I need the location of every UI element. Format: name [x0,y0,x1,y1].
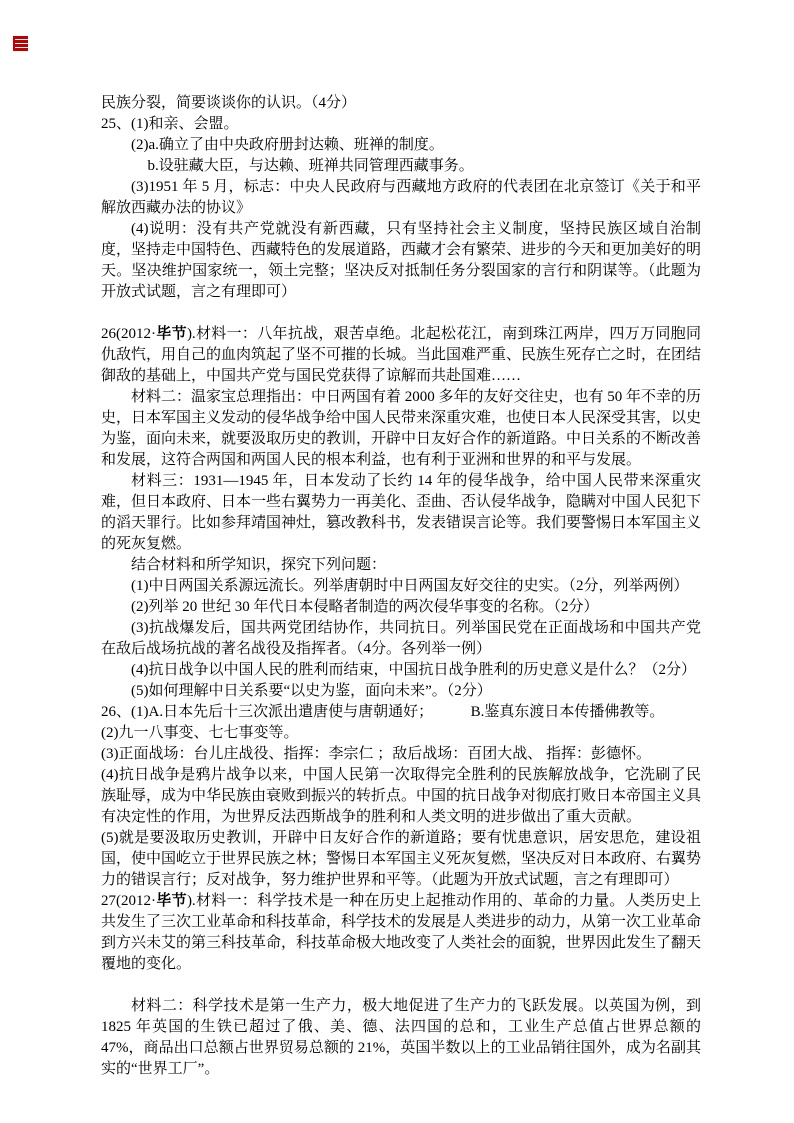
paragraph: (3)抗战爆发后，国共两党团结协作，共同抗日。列举国民党在正面战场和中国共产党在… [101,618,701,660]
text-run: (2)列举 20 世纪 30 年代日本侵略者制造的两次侵华事变的名称。（2分） [131,599,599,615]
document-body: 民族分裂，简要谈谈你的认识。（4分）25、(1)和亲、会盟。(2)a.确立了由中… [101,93,701,1080]
paragraph: (2)列举 20 世纪 30 年代日本侵略者制造的两次侵华事变的名称。（2分） [101,597,701,618]
text-run: 25、(1)和亲、会盟。 [101,116,239,132]
paragraph: 26(2012·毕节).材料一：八年抗战，艰苦卓绝。北起松花江，南到珠江两岸，四… [101,324,701,387]
paragraph: (2)a.确立了由中央政府册封达赖、班禅的制度。 [101,135,701,156]
paragraph: (4)说明：没有共产党就没有新西藏，只有坚持社会主义制度，坚持民族区域自治制度，… [101,219,701,303]
text-run: 26(2012· [101,326,156,342]
text-run: 材料二：温家宝总理指出：中日两国有着 2000 多年的友好交往史，也有 50 年… [101,389,701,468]
text-run: 材料二：科学技术是第一生产力，极大地促进了生产力的飞跃发展。以英国为例，到 18… [101,998,701,1077]
paragraph: 材料二：温家宝总理指出：中日两国有着 2000 多年的友好交往史，也有 50 年… [101,387,701,471]
paragraph: 27(2012·毕节).材料一：科学技术是一种在历史上起推动作用的、革命的力量。… [101,891,701,975]
paragraph: 材料三：1931—1945 年，日本发动了长约 14 年的侵华战争，给中国人民带… [101,471,701,555]
paragraph: (2)九一八事变、七七事变等。 [101,723,701,744]
text-run: (2)a.确立了由中央政府册封达赖、班禅的制度。 [131,137,444,153]
paragraph: b.设驻藏大臣，与达赖、班禅共同管理西藏事务。 [101,156,701,177]
text-run: ).材料一：八年抗战，艰苦卓绝。北起松花江，南到珠江两岸，四万万同胞同仇敌忾，用… [101,326,701,384]
text-run: (2)九一八事变、七七事变等。 [101,725,299,741]
text-run: ).材料一：科学技术是一种在历史上起推动作用的、革命的力量。人类历史上共发生了三… [101,893,701,972]
text-run: (5)如何理解中日关系要“以史为鉴，面向未来”。（2分） [131,683,492,699]
text-run: (3)1951 年 5 月，标志：中央人民政府与西藏地方政府的代表团在北京签订《… [101,179,701,216]
paragraph: (5)如何理解中日关系要“以史为鉴，面向未来”。（2分） [101,681,701,702]
red-stamp-icon [13,36,28,51]
document-page: 民族分裂，简要谈谈你的认识。（4分）25、(1)和亲、会盟。(2)a.确立了由中… [0,0,794,1123]
paragraph: 结合材料和所学知识，探究下列问题： [101,555,701,576]
paragraph: (3)1951 年 5 月，标志：中央人民政府与西藏地方政府的代表团在北京签订《… [101,177,701,219]
text-run: 材料三：1931—1945 年，日本发动了长约 14 年的侵华战争，给中国人民带… [101,473,701,552]
text-run: (5)就是要汲取历史教训，开辟中日友好合作的新道路；要有忧患意识，居安思危，建设… [101,830,701,888]
text-run: (1)中日两国关系源远流长。列举唐朝时中日两国友好交往的史实。（2分，列举两例） [131,578,689,594]
paragraph: (4)抗日战争以中国人民的胜利而结束，中国抗日战争胜利的历史意义是什么？（2分） [101,660,701,681]
paragraph: (5)就是要汲取历史教训，开辟中日友好合作的新道路；要有忧患意识，居安思危，建设… [101,828,701,891]
text-run: (4)说明：没有共产党就没有新西藏，只有坚持社会主义制度，坚持民族区域自治制度，… [101,221,701,300]
text-run: (3)抗战爆发后，国共两党团结协作，共同抗日。列举国民党在正面战场和中国共产党在… [101,620,701,657]
paragraph: 民族分裂，简要谈谈你的认识。（4分） [101,93,701,114]
text-run: 结合材料和所学知识，探究下列问题： [131,557,386,573]
text-run: (3)正面战场：台儿庄战役、指挥：李宗仁 ；敌后战场：百团大战、 指挥：彭德怀。 [101,746,651,762]
paragraph: (1)中日两国关系源远流长。列举唐朝时中日两国友好交往的史实。（2分，列举两例） [101,576,701,597]
bold-text-run: 毕节 [156,893,187,909]
text-run: 民族分裂，简要谈谈你的认识。（4分） [101,95,356,111]
text-run: 26、(1)A.日本先后十三次派出遣唐使与唐朝通好； B.鉴真东渡日本传播佛教等… [101,704,664,720]
bold-text-run: 毕节 [156,326,187,342]
paragraph: 26、(1)A.日本先后十三次派出遣唐使与唐朝通好； B.鉴真东渡日本传播佛教等… [101,702,701,723]
paragraph: 材料二：科学技术是第一生产力，极大地促进了生产力的飞跃发展。以英国为例，到 18… [101,996,701,1080]
paragraph: 25、(1)和亲、会盟。 [101,114,701,135]
text-run: (4)抗日战争是鸦片战争以来，中国人民第一次取得完全胜利的民族解放战争，它洗刷了… [101,767,701,825]
text-run: (4)抗日战争以中国人民的胜利而结束，中国抗日战争胜利的历史意义是什么？（2分） [131,662,696,678]
paragraph: (4)抗日战争是鸦片战争以来，中国人民第一次取得完全胜利的民族解放战争，它洗刷了… [101,765,701,828]
text-run: b.设驻藏大臣，与达赖、班禅共同管理西藏事务。 [148,158,474,174]
text-run: 27(2012· [101,893,156,909]
paragraph: (3)正面战场：台儿庄战役、指挥：李宗仁 ；敌后战场：百团大战、 指挥：彭德怀。 [101,744,701,765]
